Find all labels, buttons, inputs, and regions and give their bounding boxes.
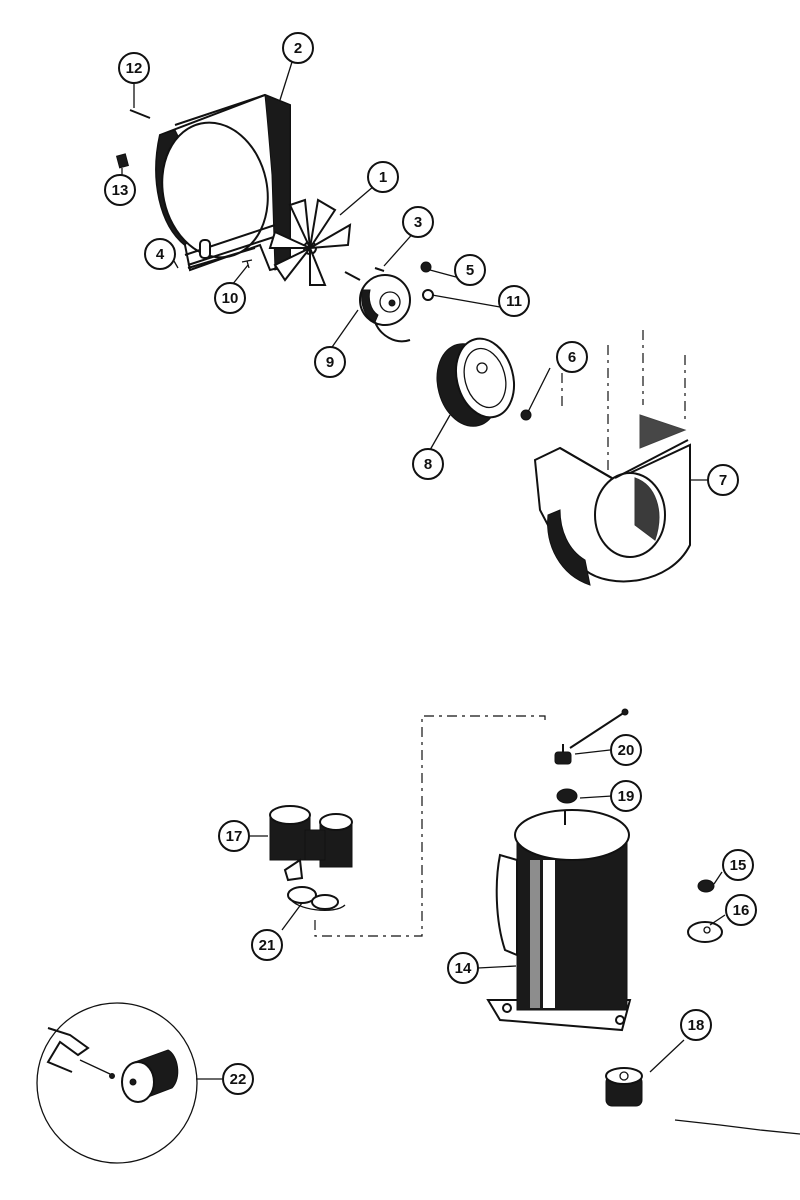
- svg-text:22: 22: [230, 1071, 247, 1088]
- bracket-part-21: [288, 887, 345, 910]
- callout-5: 5: [455, 255, 485, 285]
- detail-circle-22: [37, 1003, 197, 1163]
- svg-text:6: 6: [568, 349, 576, 366]
- callout-21: 21: [252, 930, 282, 960]
- clip-13: [117, 154, 129, 168]
- svg-text:17: 17: [226, 828, 243, 845]
- callout-18: 18: [681, 1010, 711, 1040]
- callout-22: 22: [223, 1064, 253, 1094]
- svg-text:9: 9: [326, 354, 334, 371]
- callout-13: 13: [105, 175, 135, 205]
- svg-text:7: 7: [719, 472, 727, 489]
- callout-20: 20: [611, 735, 641, 765]
- callout-3: 3: [403, 207, 433, 237]
- nut-15: [698, 880, 714, 892]
- callout-2: 2: [283, 33, 313, 63]
- svg-text:12: 12: [126, 60, 143, 77]
- svg-text:15: 15: [730, 857, 747, 874]
- capacitor-part-17: [270, 806, 352, 880]
- callout-10: 10: [215, 283, 245, 313]
- callout-15: 15: [723, 850, 753, 880]
- parts-diagram: 12 2 13 4 10 1 3 5 11 9 8 6 7 20 19 17 2…: [0, 0, 800, 1200]
- callout-8: 8: [413, 449, 443, 479]
- svg-text:11: 11: [506, 293, 522, 310]
- blower-housing-part: [535, 330, 690, 585]
- callout-11: 11: [499, 286, 529, 316]
- svg-text:18: 18: [688, 1017, 705, 1034]
- svg-text:10: 10: [222, 290, 239, 307]
- grommet-19: [557, 789, 577, 803]
- svg-text:20: 20: [618, 742, 635, 759]
- compressor-part: [488, 810, 630, 1030]
- callout-9: 9: [315, 347, 345, 377]
- svg-text:4: 4: [156, 246, 165, 263]
- callout-1: 1: [368, 162, 398, 192]
- callout-16: 16: [726, 895, 756, 925]
- blower-wheel-part: [428, 332, 522, 433]
- callout-4: 4: [145, 239, 175, 269]
- callout-12: 12: [119, 53, 149, 83]
- nut-11: [423, 290, 433, 300]
- callout-6: 6: [557, 342, 587, 372]
- motor-part: [345, 272, 410, 341]
- callout-14: 14: [448, 953, 478, 983]
- svg-text:5: 5: [466, 262, 474, 279]
- stray-line: [675, 1120, 800, 1134]
- mount-part-18: [606, 1068, 642, 1106]
- svg-text:14: 14: [455, 960, 472, 977]
- svg-text:8: 8: [424, 456, 432, 473]
- svg-text:21: 21: [259, 937, 276, 954]
- svg-text:13: 13: [112, 182, 129, 199]
- svg-text:2: 2: [294, 40, 302, 57]
- nut-6: [521, 410, 531, 420]
- screw-3: [375, 268, 384, 271]
- svg-text:1: 1: [379, 169, 387, 186]
- callout-7: 7: [708, 465, 738, 495]
- svg-text:3: 3: [414, 214, 422, 231]
- callout-17: 17: [219, 821, 249, 851]
- svg-text:19: 19: [618, 788, 635, 805]
- svg-text:16: 16: [733, 902, 750, 919]
- callout-19: 19: [611, 781, 641, 811]
- nut-5: [421, 262, 431, 272]
- screw-12: [130, 110, 150, 118]
